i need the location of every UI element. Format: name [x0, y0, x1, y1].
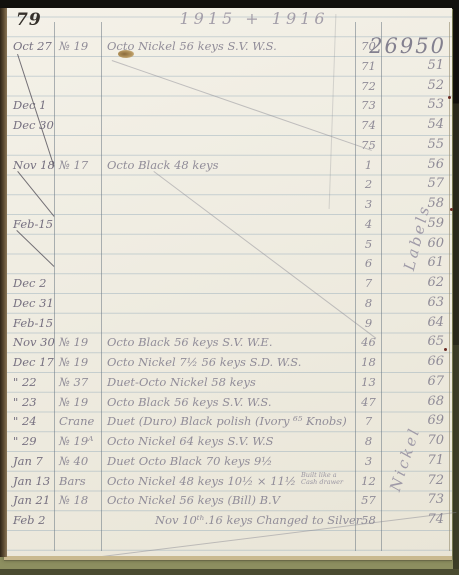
count-cell: 13: [356, 372, 381, 392]
photo-right-border: [453, 0, 459, 575]
date-cell: [13, 234, 55, 254]
description-cell: Octo Nickel 64 keys S.V. W.S: [107, 431, 355, 451]
ledger-row: Dec 30 74 54: [4, 115, 452, 135]
serial-cell: 63: [380, 293, 450, 313]
model-cell: № 19: [59, 392, 101, 412]
description-cell: [107, 273, 355, 293]
description-cell: Duet (Duro) Black polish (Ivory ⁶⁵ Knobs…: [107, 411, 355, 431]
ledger-row: Dec 1 73 53: [4, 95, 452, 115]
serial-cell: 26950: [360, 36, 448, 56]
model-cell: [59, 313, 101, 333]
serial-cell: 55: [380, 135, 450, 155]
date-cell: [13, 76, 55, 96]
model-cell: № 17: [59, 155, 101, 175]
book-gutter: [0, 8, 7, 557]
model-cell: [59, 76, 101, 96]
date-cell: Feb 2: [13, 510, 55, 530]
page-number: 79: [16, 10, 42, 30]
scanned-ledger-photo: 79 1915 + 1916 Oct 27 № 19 Octo Nickel 5…: [0, 0, 459, 575]
description-cell: Duet Octo Black 70 keys 9½: [107, 451, 355, 471]
count-cell: 46: [356, 332, 381, 352]
ledger-row: Nov 30 № 19 Octo Black 56 keys S.V. W.E.…: [4, 332, 452, 352]
date-cell: Jan 13: [13, 471, 55, 491]
date-cell: Dec 31: [13, 293, 55, 313]
date-cell: Oct 27: [13, 36, 55, 56]
model-cell: [59, 273, 101, 293]
date-cell: " 23: [13, 392, 55, 412]
ledger-row: 6 61: [4, 253, 452, 273]
model-cell: [59, 214, 101, 234]
count-cell: 5: [356, 234, 381, 254]
description-cell: [107, 135, 355, 155]
red-speck: [450, 208, 453, 211]
model-cell: [59, 95, 101, 115]
count-cell: 75: [356, 135, 381, 155]
count-cell: 72: [356, 76, 381, 96]
description-cell: [107, 174, 355, 194]
date-cell: Feb-15: [13, 313, 55, 333]
ledger-row: Feb-15 4 59: [4, 214, 452, 234]
description-cell: Octo Black 48 keys: [107, 155, 355, 175]
count-cell: 74: [356, 115, 381, 135]
ledger-row: Jan 21 № 18 Octo Nickel 56 keys (Bill) B…: [4, 490, 452, 510]
model-cell: № 19: [59, 352, 101, 372]
model-cell: [59, 135, 101, 155]
count-cell: 7: [356, 411, 381, 431]
date-cell: Dec 30: [13, 115, 55, 135]
count-cell: 9: [356, 313, 381, 333]
model-cell: № 19ᴬ: [59, 431, 101, 451]
serial-cell: 53: [380, 95, 450, 115]
date-cell: Feb-15: [13, 214, 55, 234]
serial-cell: 66: [380, 352, 450, 372]
ledger-row: Dec 17 № 19 Octo Nickel 7½ 56 keys S.D. …: [4, 352, 452, 372]
serial-cell: 73: [380, 490, 450, 510]
description-cell: Octo Nickel 7½ 56 keys S.D. W.S.: [107, 352, 355, 372]
model-cell: Bars: [59, 471, 101, 491]
model-cell: [59, 234, 101, 254]
count-cell: 3: [356, 451, 381, 471]
ledger-row: 75 55: [4, 135, 452, 155]
ledger-row: " 22 № 37 Duet-Octo Nickel 58 keys 13 67: [4, 372, 452, 392]
ledger-row: Dec 31 8 63: [4, 293, 452, 313]
model-cell: [59, 293, 101, 313]
date-cell: " 22: [13, 372, 55, 392]
serial-cell: 68: [380, 392, 450, 412]
description-cell: [107, 234, 355, 254]
model-cell: [59, 174, 101, 194]
description-cell: [107, 76, 355, 96]
count-cell: 1: [356, 155, 381, 175]
model-cell: [59, 56, 101, 76]
model-cell: [59, 194, 101, 214]
ledger-row: Feb-15 9 64: [4, 313, 452, 333]
description-cell: Duet-Octo Nickel 58 keys: [107, 372, 355, 392]
ledger-row: 71 51: [4, 56, 452, 76]
ledger-row: 5 60: [4, 234, 452, 254]
date-cell: Jan 7: [13, 451, 55, 471]
description-cell: Octo Nickel 56 keys (Bill) B.V: [107, 490, 355, 510]
date-cell: Jan 21: [13, 490, 55, 510]
year-title: 1915 + 1916: [154, 9, 354, 28]
red-speck: [444, 348, 447, 351]
model-cell: Crane: [59, 411, 101, 431]
ledger-row: Jan 13 Bars Octo Nickel 48 keys 10½ × 11…: [4, 471, 452, 491]
model-cell: № 19: [59, 332, 101, 352]
ledger-row: " 29 № 19ᴬ Octo Nickel 64 keys S.V. W.S …: [4, 431, 452, 451]
serial-cell: 57: [380, 174, 450, 194]
ledger-row: 72 52: [4, 76, 452, 96]
count-cell: 73: [356, 95, 381, 115]
count-cell: 8: [356, 293, 381, 313]
model-cell: [59, 253, 101, 273]
red-speck: [448, 96, 451, 99]
description-cell: [107, 313, 355, 333]
ledger-row: Nov 18 № 17 Octo Black 48 keys 1 56: [4, 155, 452, 175]
ledger-row: 3 58: [4, 194, 452, 214]
count-cell: 57: [356, 490, 381, 510]
page-bottom-edge: [4, 556, 452, 561]
count-cell: 4: [356, 214, 381, 234]
model-cell: [59, 510, 101, 530]
serial-cell: 54: [380, 115, 450, 135]
model-cell: № 37: [59, 372, 101, 392]
description-cell: Octo Black 56 keys S.V. W.S.: [107, 392, 355, 412]
description-cell: Octo Black 56 keys S.V. W.E.: [107, 332, 355, 352]
description-cell: [107, 56, 355, 76]
date-cell: Dec 17: [13, 352, 55, 372]
model-cell: № 18: [59, 490, 101, 510]
serial-cell: 65: [380, 332, 450, 352]
ledger-row: Oct 27 № 19 Octo Nickel 56 keys S.V. W.S…: [4, 36, 452, 56]
count-cell: 12: [356, 471, 381, 491]
date-cell: Nov 18: [13, 155, 55, 175]
count-cell: 6: [356, 253, 381, 273]
serial-cell: 64: [380, 313, 450, 333]
description-cell: [107, 253, 355, 273]
photo-bottom-shadow: [0, 569, 459, 575]
count-cell: 58: [356, 510, 381, 530]
serial-cell: 62: [380, 273, 450, 293]
date-cell: " 29: [13, 431, 55, 451]
serial-cell: 52: [380, 76, 450, 96]
description-cell: Octo Nickel 56 keys S.V. W.S.: [107, 36, 355, 56]
date-cell: [13, 253, 55, 273]
count-cell: 8: [356, 431, 381, 451]
ledger-row: Dec 2 7 62: [4, 273, 452, 293]
model-cell: [59, 115, 101, 135]
serial-cell: 51: [380, 56, 450, 76]
count-cell: 47: [356, 392, 381, 412]
ledger-row: " 23 № 19 Octo Black 56 keys S.V. W.S. 4…: [4, 392, 452, 412]
ink-stain: [118, 50, 134, 58]
ledger-page: 79 1915 + 1916 Oct 27 № 19 Octo Nickel 5…: [4, 8, 452, 557]
description-cell: [107, 194, 355, 214]
ledger-row: " 24 Crane Duet (Duro) Black polish (Ivo…: [4, 411, 452, 431]
count-cell: 18: [356, 352, 381, 372]
model-cell: № 19: [59, 36, 101, 56]
date-cell: " 24: [13, 411, 55, 431]
side-note: Built like a Cash drawer: [301, 472, 343, 486]
count-cell: 2: [356, 174, 381, 194]
serial-cell: 56: [380, 155, 450, 175]
model-cell: № 40: [59, 451, 101, 471]
description-cell: [107, 95, 355, 115]
count-cell: 7: [356, 273, 381, 293]
date-cell: Dec 2: [13, 273, 55, 293]
ledger-row: 2 57: [4, 174, 452, 194]
count-cell: 71: [356, 56, 381, 76]
count-cell: 3: [356, 194, 381, 214]
ledger-row: Jan 7 № 40 Duet Octo Black 70 keys 9½ 3 …: [4, 451, 452, 471]
date-cell: Nov 30: [13, 332, 55, 352]
serial-cell: 67: [380, 372, 450, 392]
